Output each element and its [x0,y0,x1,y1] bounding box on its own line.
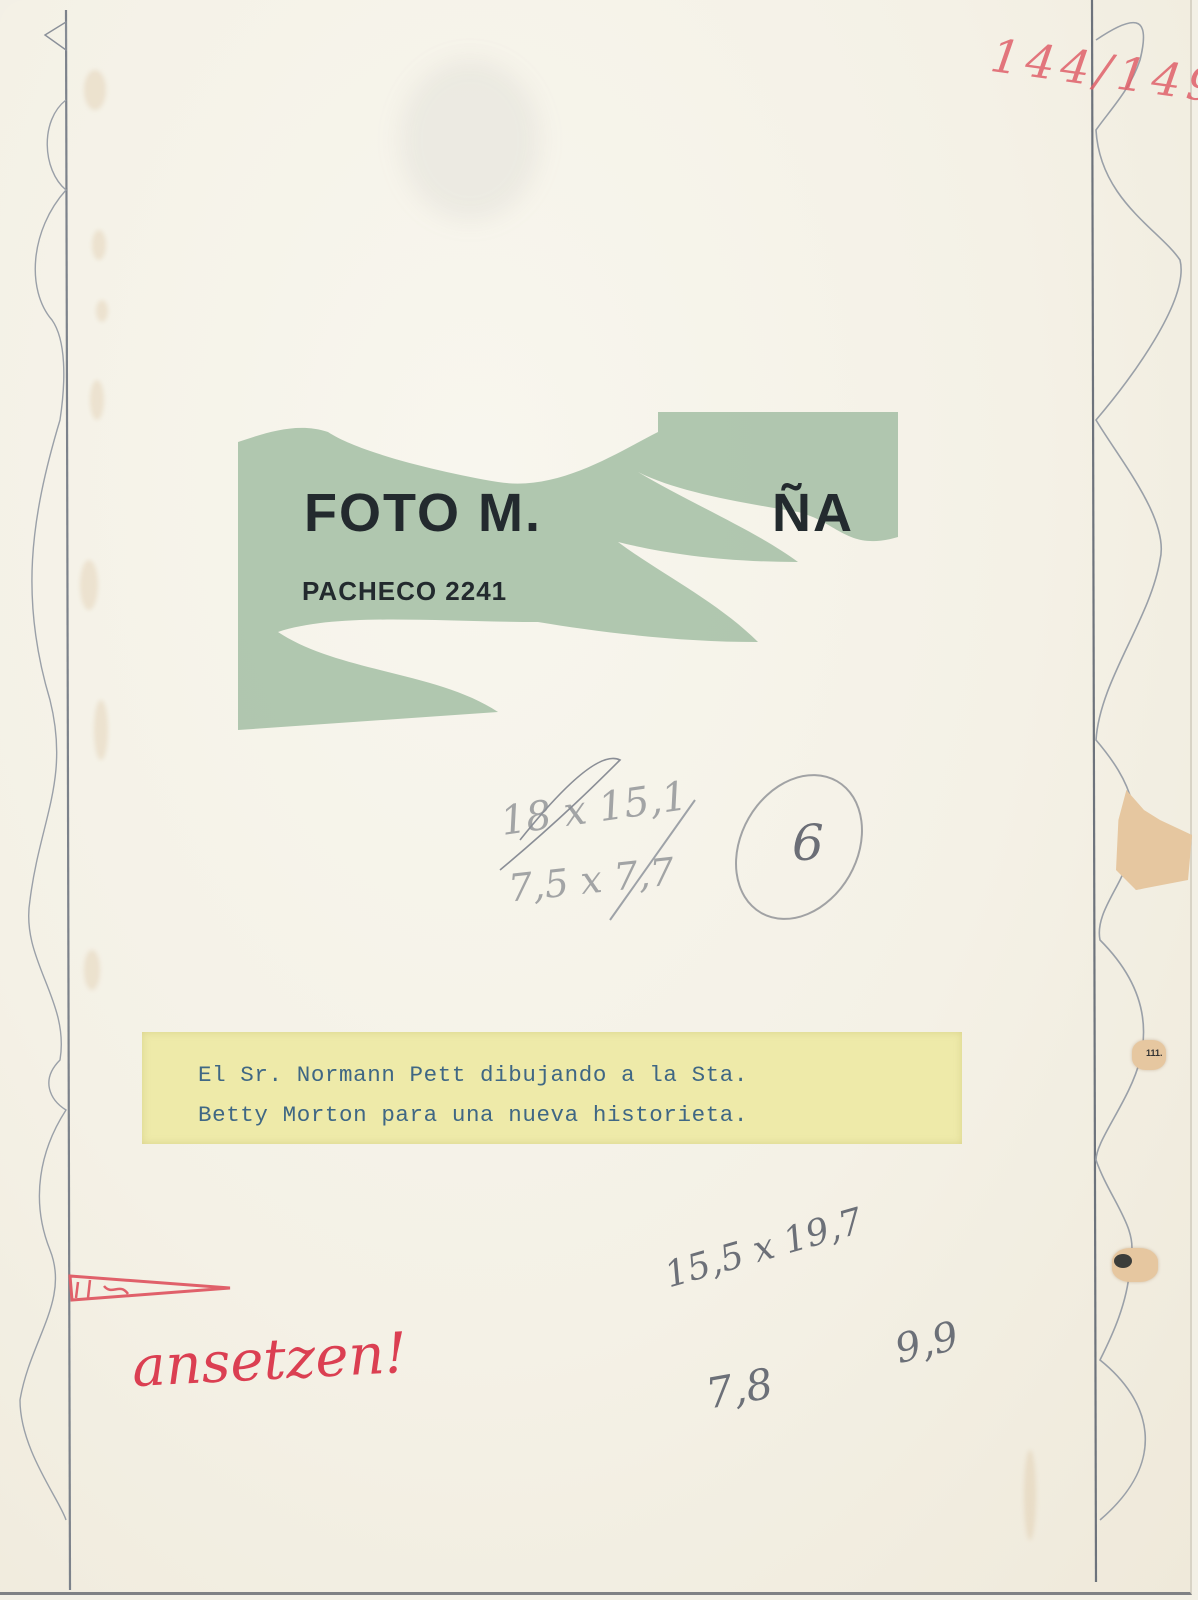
tape-dark-spot [1114,1254,1132,1268]
tape-mark: 111. [1146,1048,1163,1058]
photo-back-sheet: FOTO M. ÑA PACHECO 2241 18 x 15,1 7,5 x … [0,0,1192,1595]
